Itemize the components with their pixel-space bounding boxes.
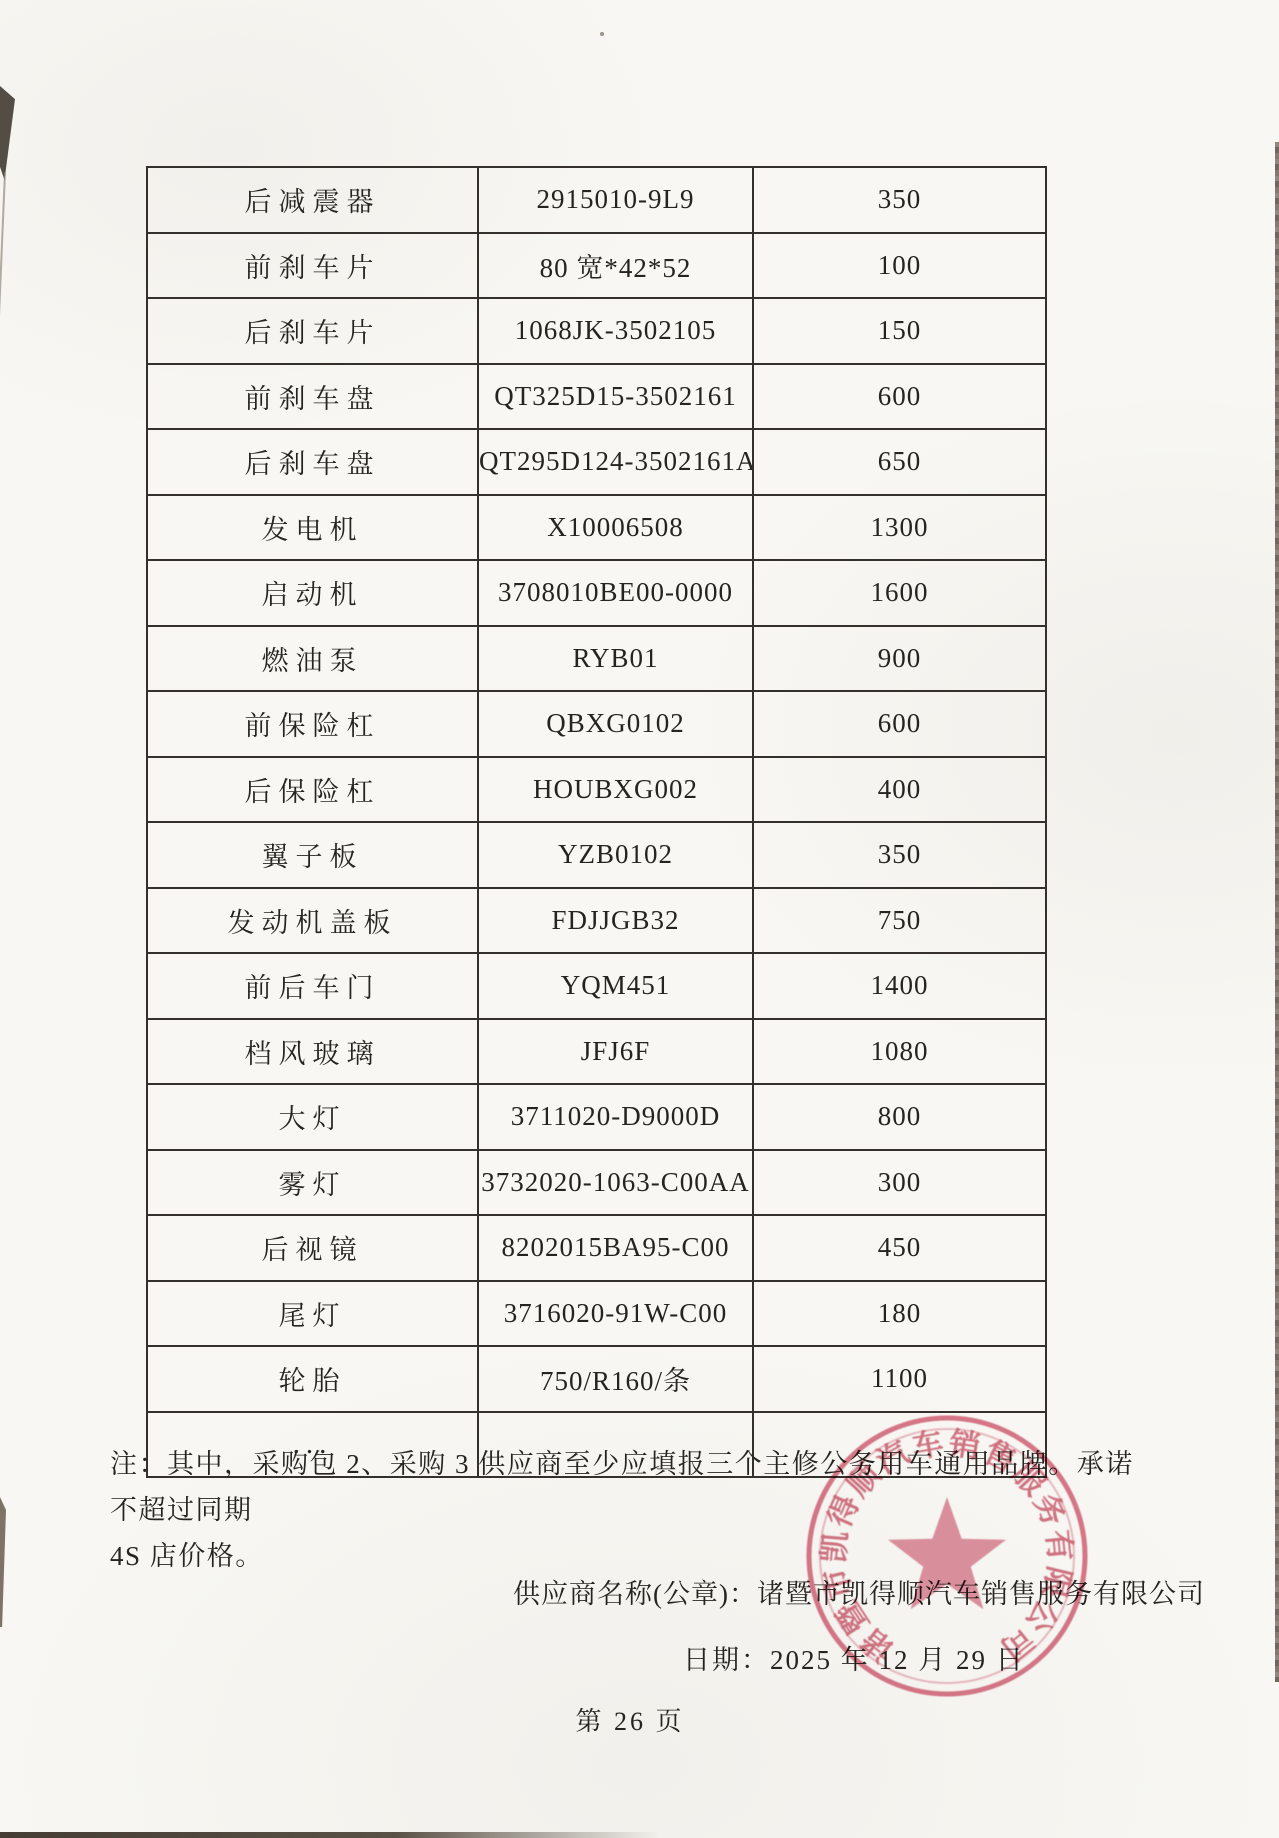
document-page: { "table": { "rows": [ {"part": "后减震器", …	[0, 0, 1279, 1838]
table-row: 轮胎 750/R160/条 1100	[147, 1346, 1046, 1412]
table-row: 后视镜 8202015BA95-C00 450	[147, 1215, 1046, 1281]
part-name-cell: 档风玻璃	[147, 1019, 478, 1085]
table-row: 前刹车片 80 宽*42*52 100	[147, 233, 1046, 299]
part-model-cell: 2915010-9L9	[478, 167, 753, 233]
scan-edge-left-line	[0, 172, 6, 642]
part-price-cell: 750	[753, 888, 1046, 954]
table-row: 后刹车盘 QT295D124-3502161A 650	[147, 429, 1046, 495]
note-text: 注：其中，采购包 2、采购 3 供应商至少应填报三个主修公务用车通用品牌。承诺不…	[110, 1441, 1160, 1579]
parts-price-table: 后减震器 2915010-9L9 350 前刹车片 80 宽*42*52 100…	[146, 166, 1047, 1478]
part-name-cell: 启动机	[147, 560, 478, 626]
part-name-cell: 轮胎	[147, 1346, 478, 1412]
part-name-cell: 雾灯	[147, 1150, 478, 1216]
page-number: 第 26 页	[550, 1701, 710, 1738]
part-price-cell: 1100	[753, 1346, 1046, 1412]
table-row: 雾灯 3732020-1063-C00AA 300	[147, 1150, 1046, 1216]
part-price-cell: 300	[753, 1150, 1046, 1216]
part-price-cell: 350	[753, 167, 1046, 233]
table-row: 翼子板 YZB0102 350	[147, 822, 1046, 888]
table-row: 后减震器 2915010-9L9 350	[147, 167, 1046, 233]
part-model-cell: FDJJGB32	[478, 888, 753, 954]
part-model-cell: QBXG0102	[478, 691, 753, 757]
part-model-cell: 8202015BA95-C00	[478, 1215, 753, 1281]
part-name-cell: 前刹车盘	[147, 364, 478, 430]
part-model-cell: 3708010BE00-0000	[478, 560, 753, 626]
scan-edge-bottom	[0, 1832, 660, 1838]
part-name-cell: 前后车门	[147, 953, 478, 1019]
table-row: 大灯 3711020-D9000D 800	[147, 1084, 1046, 1150]
part-price-cell: 180	[753, 1281, 1046, 1347]
table-row: 前保险杠 QBXG0102 600	[147, 691, 1046, 757]
part-model-cell: QT295D124-3502161A	[478, 429, 753, 495]
part-price-cell: 600	[753, 691, 1046, 757]
table-row: 发动机盖板 FDJJGB32 750	[147, 888, 1046, 954]
part-price-cell: 650	[753, 429, 1046, 495]
part-price-cell: 350	[753, 822, 1046, 888]
part-name-cell: 后保险杠	[147, 757, 478, 823]
part-name-cell: 后减震器	[147, 167, 478, 233]
part-price-cell: 450	[753, 1215, 1046, 1281]
part-name-cell: 翼子板	[147, 822, 478, 888]
part-price-cell: 150	[753, 298, 1046, 364]
part-model-cell: 3711020-D9000D	[478, 1084, 753, 1150]
supplier-name-line: 供应商名称(公章)：诸暨市凯得顺汽车销售服务有限公司	[513, 1572, 1205, 1611]
table-row: 档风玻璃 JFJ6F 1080	[147, 1019, 1046, 1085]
part-price-cell: 1600	[753, 560, 1046, 626]
part-name-cell: 发动机盖板	[147, 888, 478, 954]
part-model-cell: 750/R160/条	[478, 1346, 753, 1412]
scan-edge-right	[1275, 142, 1279, 1682]
scan-edge-left-lower	[0, 1497, 6, 1627]
part-price-cell: 600	[753, 364, 1046, 430]
part-name-cell: 前刹车片	[147, 233, 478, 299]
part-name-cell: 后刹车片	[147, 298, 478, 364]
part-model-cell: QT325D15-3502161	[478, 364, 753, 430]
table-row: 前后车门 YQM451 1400	[147, 953, 1046, 1019]
part-model-cell: 3716020-91W-C00	[478, 1281, 753, 1347]
part-price-cell: 1300	[753, 495, 1046, 561]
part-model-cell: YQM451	[478, 953, 753, 1019]
note-line-1: 注：其中，采购包 2、采购 3 供应商至少应填报三个主修公务用车通用品牌。承诺不…	[110, 1441, 1160, 1533]
part-model-cell: YZB0102	[478, 822, 753, 888]
part-model-cell: 80 宽*42*52	[478, 233, 753, 299]
table-row: 发电机 X10006508 1300	[147, 495, 1046, 561]
table-row: 启动机 3708010BE00-0000 1600	[147, 560, 1046, 626]
table-row: 后保险杠 HOUBXG002 400	[147, 757, 1046, 823]
part-name-cell: 大灯	[147, 1084, 478, 1150]
part-price-cell: 1400	[753, 953, 1046, 1019]
part-name-cell: 发电机	[147, 495, 478, 561]
part-model-cell: 1068JK-3502105	[478, 298, 753, 364]
parts-table-body: 后减震器 2915010-9L9 350 前刹车片 80 宽*42*52 100…	[147, 167, 1046, 1477]
scan-edge-topleft	[0, 86, 15, 180]
part-name-cell: 前保险杠	[147, 691, 478, 757]
part-price-cell: 100	[753, 233, 1046, 299]
date-line: 日期：2025 年 12 月 29 日	[683, 1638, 1025, 1677]
part-price-cell: 800	[753, 1084, 1046, 1150]
part-model-cell: RYB01	[478, 626, 753, 692]
table-row: 燃油泵 RYB01 900	[147, 626, 1046, 692]
part-price-cell: 400	[753, 757, 1046, 823]
part-model-cell: X10006508	[478, 495, 753, 561]
part-name-cell: 后视镜	[147, 1215, 478, 1281]
part-model-cell: JFJ6F	[478, 1019, 753, 1085]
part-price-cell: 1080	[753, 1019, 1046, 1085]
part-name-cell: 燃油泵	[147, 626, 478, 692]
part-name-cell: 后刹车盘	[147, 429, 478, 495]
part-model-cell: HOUBXG002	[478, 757, 753, 823]
table-row: 后刹车片 1068JK-3502105 150	[147, 298, 1046, 364]
scan-speck	[600, 32, 604, 36]
table-row: 前刹车盘 QT325D15-3502161 600	[147, 364, 1046, 430]
part-model-cell: 3732020-1063-C00AA	[478, 1150, 753, 1216]
part-price-cell: 900	[753, 626, 1046, 692]
table-row: 尾灯 3716020-91W-C00 180	[147, 1281, 1046, 1347]
part-name-cell: 尾灯	[147, 1281, 478, 1347]
